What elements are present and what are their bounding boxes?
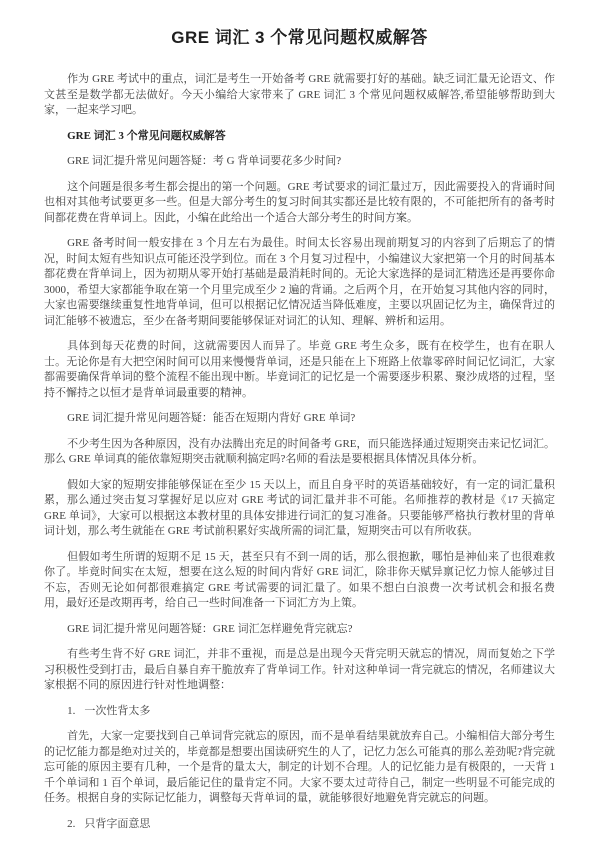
numbered-item-2-number: 2.: [67, 818, 75, 830]
numbered-item-1: 1.一次性背太多: [44, 704, 555, 720]
intro-paragraph: 作为 GRE 考试中的重点，词汇是考生一开始备考 GRE 就需要打好的基础。缺乏…: [44, 72, 555, 119]
question2-paragraph-2: 假如大家的短期安排能够保证在至少 15 天以上，而且自身平时的英语基础较好，有一…: [44, 478, 555, 540]
document-page: GRE 词汇 3 个常见问题权威解答 作为 GRE 考试中的重点，词汇是考生一开…: [0, 0, 600, 849]
question3-paragraph-2: 首先，大家一定要找到自己单词背完就忘的原因，而不是单看结果就放弃自己。小编相信大…: [44, 729, 555, 807]
question1-paragraph-3: 具体到每天花费的时间，这就需要因人而异了。毕竟 GRE 考生众多，既有在校学生，…: [44, 339, 555, 401]
question2-paragraph-1: 不少考生因为各种原因，没有办法腾出充足的时间备考 GRE，而只能选择通过短期突击…: [44, 437, 555, 468]
document-title: GRE 词汇 3 个常见问题权威解答: [44, 26, 555, 50]
question3-heading: GRE 词汇提升常见问题答疑：GRE 词汇怎样避免背完就忘?: [44, 622, 555, 638]
question1-heading: GRE 词汇提升常见问题答疑：考 G 背单词要花多少时间?: [44, 154, 555, 170]
question1-paragraph-1: 这个问题是很多考生都会提出的第一个问题。GRE 考试要求的词汇量过万，因此需要投…: [44, 180, 555, 227]
numbered-item-2-label: 只背字面意思: [84, 818, 150, 830]
section-heading: GRE 词汇 3 个常见问题权威解答: [44, 129, 555, 145]
question1-paragraph-2: GRE 备考时间一般安排在 3 个月左右为最佳。时间太长容易出现前期复习的内容到…: [44, 236, 555, 329]
question2-heading: GRE 词汇提升常见问题答疑：能否在短期内背好 GRE 单词?: [44, 411, 555, 427]
question3-paragraph-1: 有些考生背不好 GRE 词汇，并非不重视，而是总是出现今天背完明天就忘的情况，周…: [44, 647, 555, 694]
numbered-item-1-number: 1.: [67, 705, 75, 717]
numbered-item-2: 2.只背字面意思: [44, 817, 555, 833]
question2-paragraph-3: 但假如考生所谓的短期不足 15 天，甚至只有不到一周的话，那么很抱歉，哪怕是神仙…: [44, 550, 555, 612]
numbered-item-1-label: 一次性背太多: [84, 705, 150, 717]
